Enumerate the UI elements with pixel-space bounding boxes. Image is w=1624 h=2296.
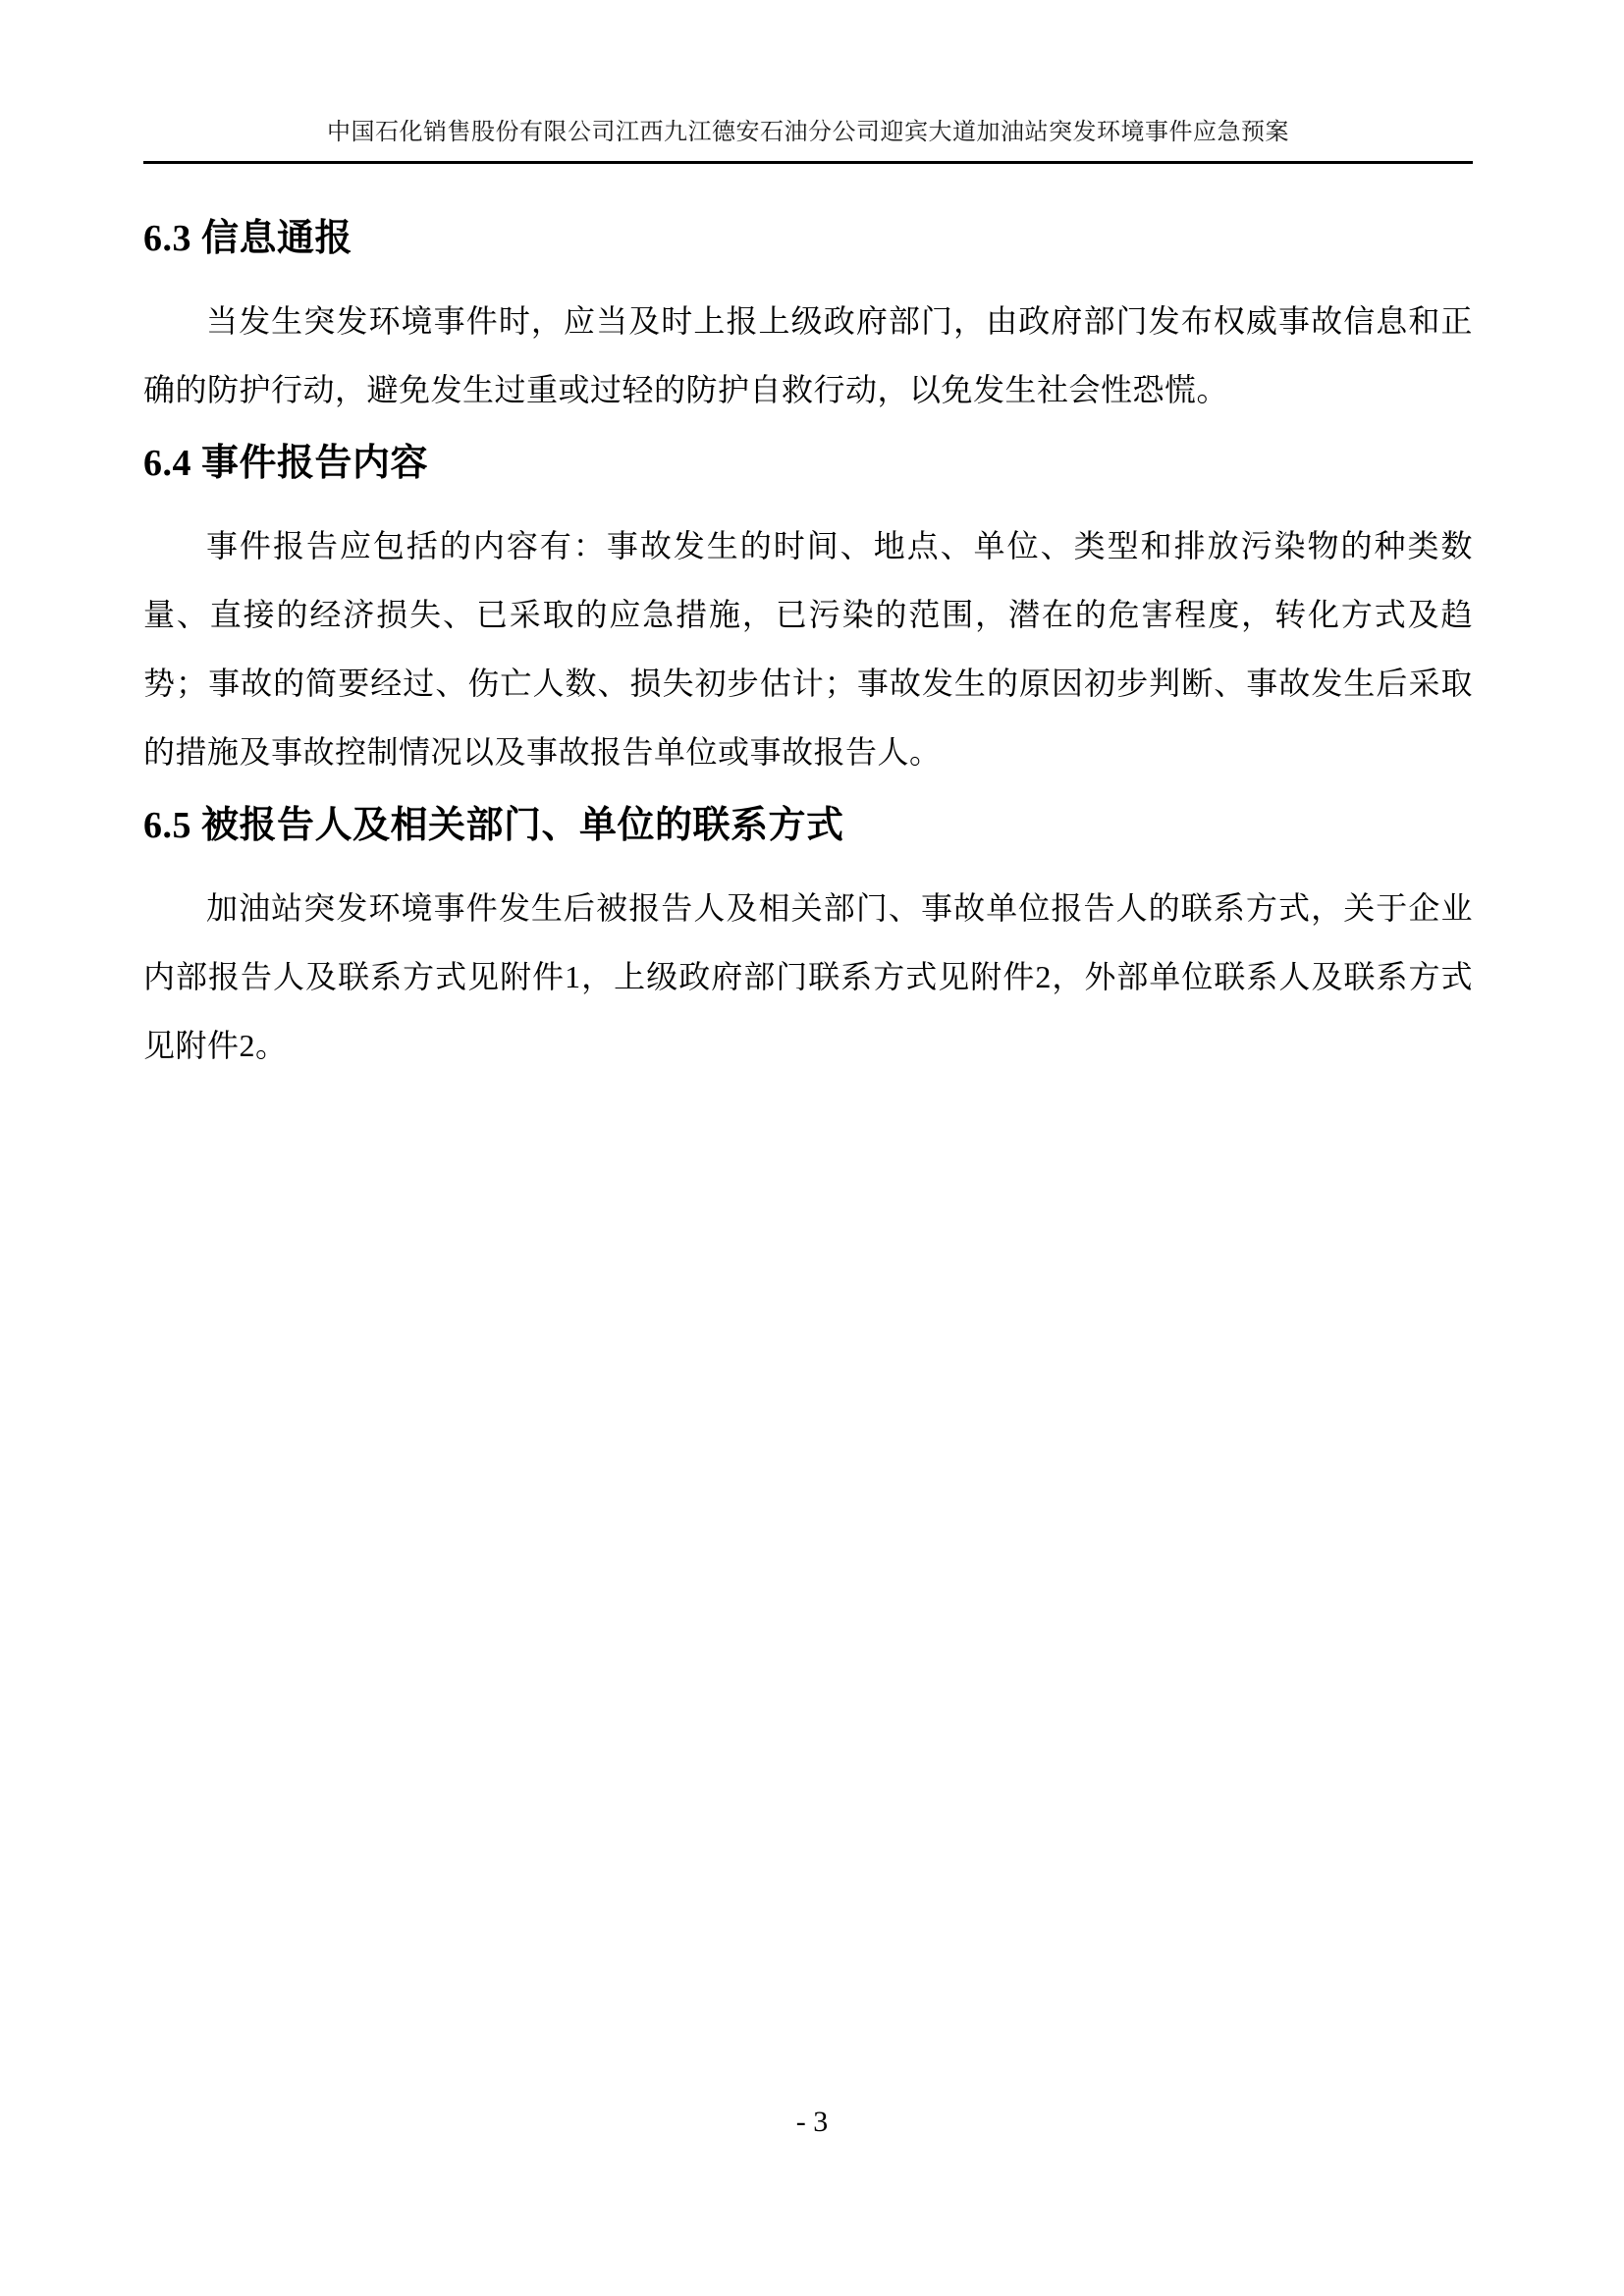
section-6-3-paragraph: 当发生突发环境事件时，应当及时上报上级政府部门，由政府部门发布权威事故信息和正确…	[143, 287, 1473, 424]
section-heading-6-3: 6.3 信息通报	[143, 215, 1473, 263]
document-page: 中国石化销售股份有限公司江西九江德安石油分公司迎宾大道加油站突发环境事件应急预案…	[0, 0, 1624, 2296]
section-heading-6-4: 6.4 事件报告内容	[143, 440, 1473, 488]
document-body: 6.3 信息通报 当发生突发环境事件时，应当及时上报上级政府部门，由政府部门发布…	[143, 215, 1473, 1080]
header-divider	[143, 161, 1473, 164]
page-header-title: 中国石化销售股份有限公司江西九江德安石油分公司迎宾大道加油站突发环境事件应急预案	[143, 116, 1473, 149]
section-6-4-paragraph: 事件报告应包括的内容有：事故发生的时间、地点、单位、类型和排放污染物的种类数量、…	[143, 511, 1473, 786]
section-heading-6-5: 6.5 被报告人及相关部门、单位的联系方式	[143, 802, 1473, 850]
section-6-5-paragraph: 加油站突发环境事件发生后被报告人及相关部门、事故单位报告人的联系方式，关于企业内…	[143, 874, 1473, 1080]
page-header: 中国石化销售股份有限公司江西九江德安石油分公司迎宾大道加油站突发环境事件应急预案	[143, 116, 1473, 164]
page-number: - 3	[0, 2103, 1624, 2142]
